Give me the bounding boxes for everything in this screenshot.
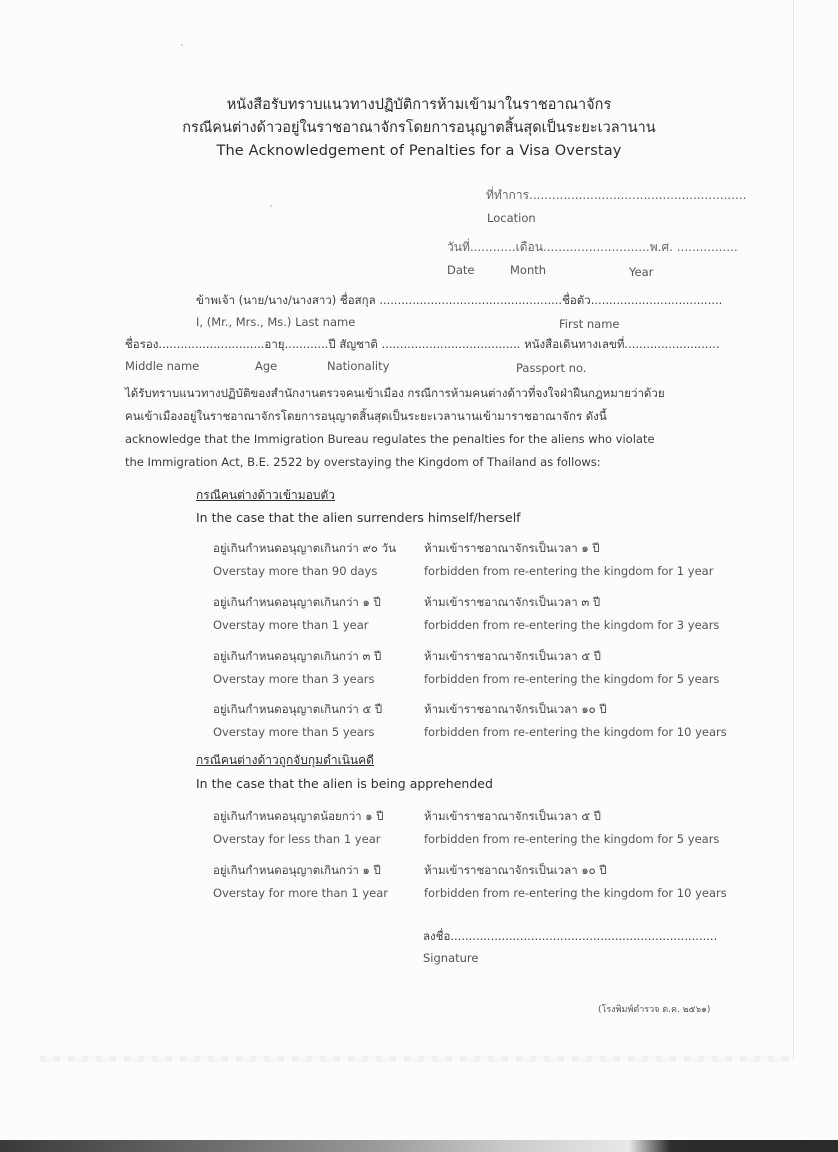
- rule-penalty-th: ห้ามเข้าราชอาณาจักรเป็นเวลา ๑๐ ปี: [424, 862, 607, 878]
- date-field[interactable]: วันที่............เดือน.................…: [447, 239, 738, 255]
- details-field-line[interactable]: ชื่อรอง.............................อายุ…: [125, 336, 719, 352]
- section-surrender-heading-en: In the case that the alien surrenders hi…: [196, 510, 521, 526]
- last-name-label: I, (Mr., Mrs., Ms.) Last name: [196, 314, 355, 330]
- rule-penalty-th: ห้ามเข้าราชอาณาจักรเป็นเวลา ๑๐ ปี: [424, 701, 607, 717]
- nationality-label: Nationality: [327, 358, 389, 374]
- rule-penalty-en: forbidden from re-entering the kingdom f…: [424, 831, 719, 847]
- title-en: The Acknowledgement of Penalties for a V…: [0, 143, 838, 159]
- title-th-line2: กรณีคนต่างด้าวอยู่ในราชอาณาจักรโดยการอนุ…: [0, 120, 838, 136]
- rule-condition-en: Overstay more than 90 days: [213, 563, 377, 579]
- section-apprehended-heading-th: กรณีคนต่างด้าวถูกจับกุมดำเนินคดี: [196, 752, 374, 768]
- rule-condition-th: อยู่เกินกำหนดอนุญาตเกินกว่า ๙๐ วัน: [213, 540, 396, 556]
- scan-artifact-band: [40, 1056, 790, 1062]
- name-field-line[interactable]: ข้าพเจ้า (นาย/นาง/นางสาว) ชื่อสกุล .....…: [196, 292, 722, 308]
- rule-condition-en: Overstay for less than 1 year: [213, 831, 380, 847]
- rule-condition-en: Overstay more than 1 year: [213, 617, 369, 633]
- section-surrender-heading-th: กรณีคนต่างด้าวเข้ามอบตัว: [196, 487, 335, 503]
- statement-th-line2: คนเข้าเมืองอยู่ในราชอาณาจักรโดยการอนุญาต…: [125, 408, 607, 424]
- month-label: Month: [510, 262, 546, 278]
- rule-penalty-th: ห้ามเข้าราชอาณาจักรเป็นเวลา ๑ ปี: [424, 540, 600, 556]
- signature-label: Signature: [423, 950, 478, 966]
- rule-condition-th: อยู่เกินกำหนดอนุญาตน้อยกว่า ๑ ปี: [213, 808, 384, 824]
- rule-condition-en: Overstay more than 3 years: [213, 671, 375, 687]
- section-apprehended-heading-en: In the case that the alien is being appr…: [196, 776, 493, 792]
- statement-en-line1: acknowledge that the Immigration Bureau …: [125, 431, 655, 447]
- date-label: Date: [447, 262, 475, 278]
- scan-speck: [181, 44, 183, 46]
- scan-speck: [270, 205, 272, 207]
- middle-name-label: Middle name: [125, 358, 199, 374]
- rule-condition-th: อยู่เกินกำหนดอนุญาตเกินกว่า ๑ ปี: [213, 862, 381, 878]
- rule-penalty-th: ห้ามเข้าราชอาณาจักรเป็นเวลา ๕ ปี: [424, 648, 601, 664]
- rule-penalty-en: forbidden from re-entering the kingdom f…: [424, 724, 727, 740]
- scanned-document-page: หนังสือรับทราบแนวทางปฏิบัติการห้ามเข้ามา…: [0, 0, 838, 1152]
- location-field[interactable]: ที่ทำการ................................…: [486, 187, 746, 203]
- signature-field[interactable]: ลงชื่อ..................................…: [423, 928, 717, 944]
- age-label: Age: [255, 358, 277, 374]
- statement-en-line2: the Immigration Act, B.E. 2522 by overst…: [125, 454, 601, 470]
- location-label: Location: [487, 210, 536, 226]
- statement-th-line1: ได้รับทราบแนวทางปฏิบัติของสำนักงานตรวจคน…: [125, 385, 665, 401]
- rule-condition-en: Overstay for more than 1 year: [213, 885, 388, 901]
- printer-note: (โรงพิมพ์ตำรวจ ต.ค. ๒๕๖๑): [598, 1002, 710, 1018]
- rule-penalty-en: forbidden from re-entering the kingdom f…: [424, 671, 719, 687]
- rule-penalty-th: ห้ามเข้าราชอาณาจักรเป็นเวลา ๓ ปี: [424, 594, 600, 610]
- scanner-edge-shadow: [0, 1140, 838, 1152]
- page-edge-line: [793, 0, 794, 1060]
- first-name-label: First name: [559, 316, 619, 332]
- title-th-line1: หนังสือรับทราบแนวทางปฏิบัติการห้ามเข้ามา…: [0, 97, 838, 113]
- rule-condition-en: Overstay more than 5 years: [213, 724, 375, 740]
- rule-condition-th: อยู่เกินกำหนดอนุญาตเกินกว่า ๕ ปี: [213, 701, 382, 717]
- rule-condition-th: อยู่เกินกำหนดอนุญาตเกินกว่า ๓ ปี: [213, 648, 381, 664]
- rule-penalty-th: ห้ามเข้าราชอาณาจักรเป็นเวลา ๕ ปี: [424, 808, 601, 824]
- passport-label: Passport no.: [516, 360, 586, 376]
- year-label: Year: [629, 264, 653, 280]
- rule-penalty-en: forbidden from re-entering the kingdom f…: [424, 885, 727, 901]
- rule-penalty-en: forbidden from re-entering the kingdom f…: [424, 563, 713, 579]
- rule-penalty-en: forbidden from re-entering the kingdom f…: [424, 617, 719, 633]
- rule-condition-th: อยู่เกินกำหนดอนุญาตเกินกว่า ๑ ปี: [213, 594, 381, 610]
